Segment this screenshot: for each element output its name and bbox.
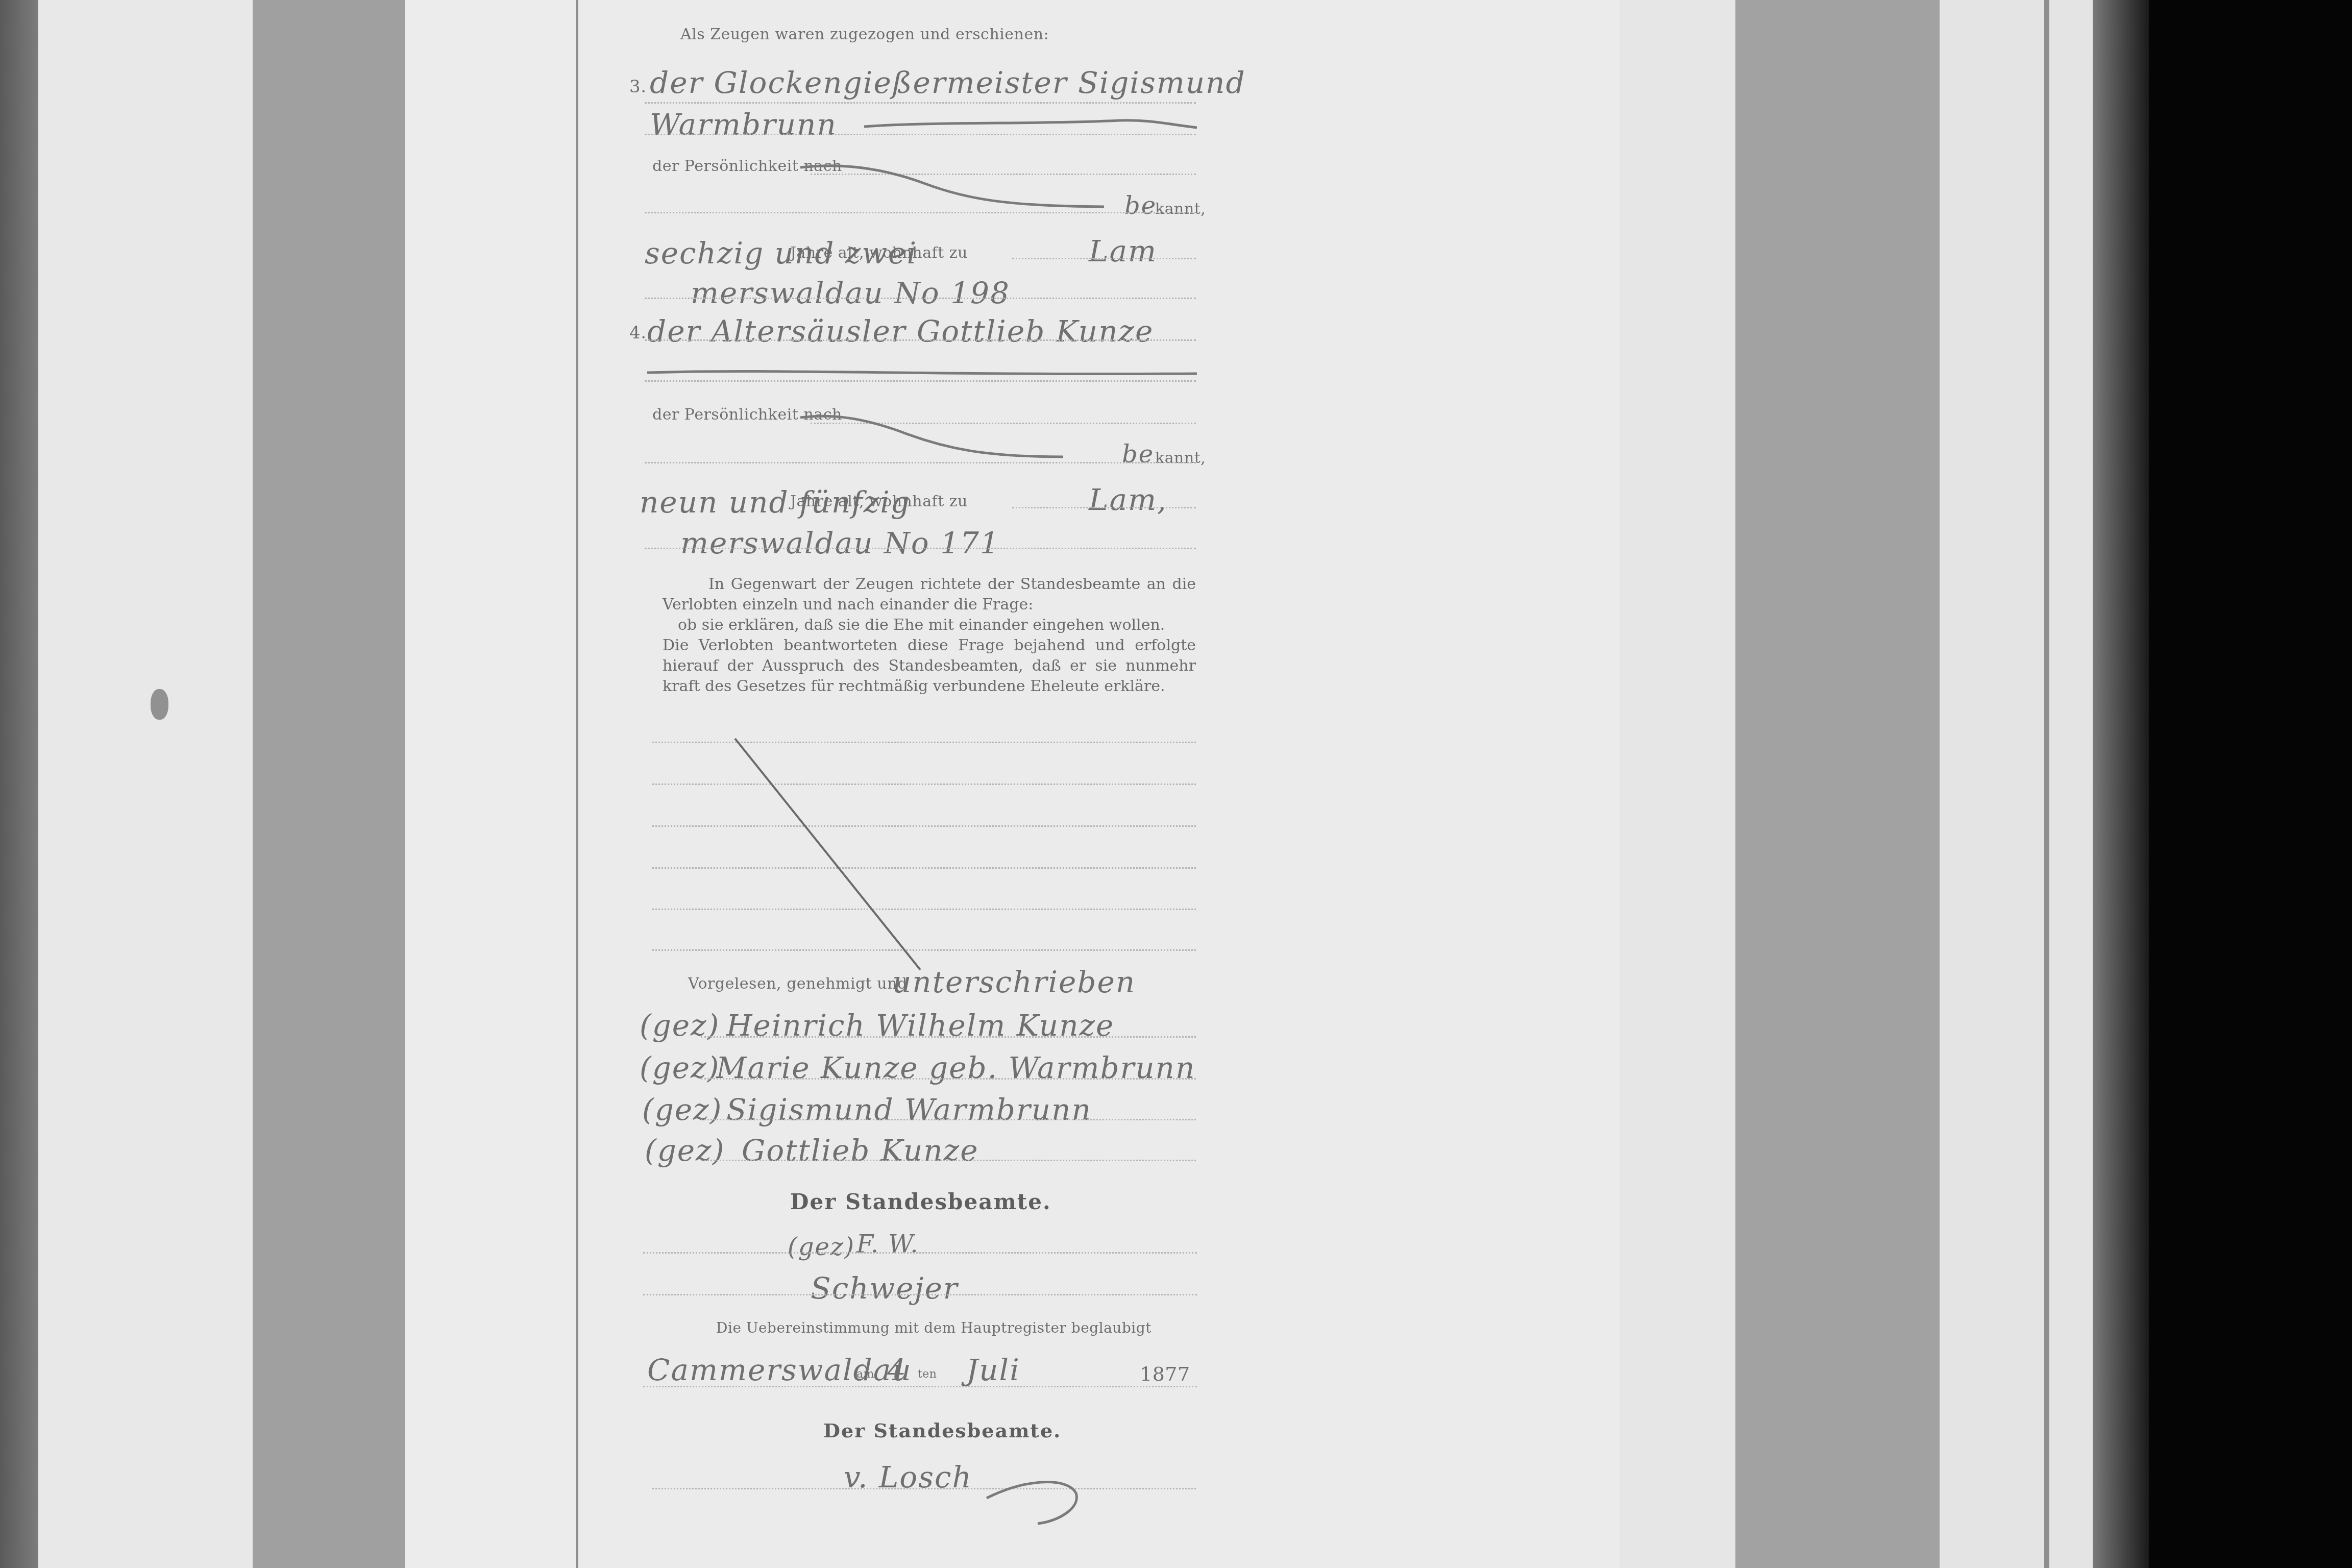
ink-blot-mark <box>151 689 168 720</box>
film-edge-right-shadow <box>2093 0 2149 1568</box>
right-margin-edge-line <box>2044 0 2049 1568</box>
film-edge-right-black <box>2149 0 2352 1568</box>
right-dark-band <box>1735 0 1940 1568</box>
left-inner-page <box>405 0 578 1568</box>
left-margin-page <box>38 0 253 1568</box>
film-edge-left-shadow <box>0 0 38 1568</box>
hand-strokes <box>578 0 1620 1568</box>
right-margin-page <box>1940 0 2093 1568</box>
left-dark-band <box>253 0 405 1568</box>
right-inner-page <box>1620 0 1735 1568</box>
register-page: Als Zeugen waren zugezogen und erschiene… <box>578 0 1620 1568</box>
